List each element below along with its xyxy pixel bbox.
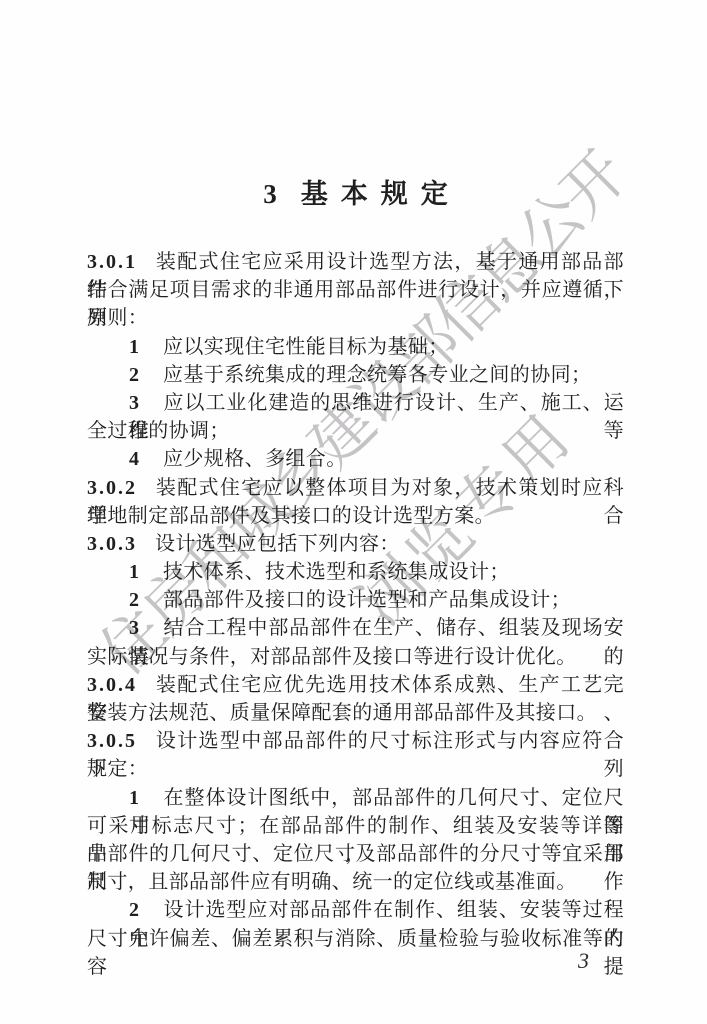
- clause-number: 3.0.2: [87, 477, 137, 499]
- chapter-title-text: 基本规定: [301, 179, 461, 209]
- line-text: 尺寸，且部品部件应有明确、统一的定位线或基准面。: [87, 871, 577, 893]
- clause-number: 3.0.4: [87, 674, 137, 696]
- page-number: 3: [578, 948, 589, 974]
- item-line: 2设计选型应对部品部件在制作、组装、安装等过程中的: [87, 896, 624, 924]
- item-number: 2: [129, 589, 141, 611]
- item-line: 3结合工程中部品部件在生产、储存、组装及现场安装的: [87, 614, 624, 642]
- text-line: 尺寸，且部品部件应有明确、统一的定位线或基准面。: [87, 868, 624, 896]
- line-text: 应少规格、多组合。: [163, 448, 347, 470]
- line-text: 尺寸允许偏差、偏差累积与消除、质量检验与验收标准等内容提: [87, 928, 624, 978]
- text-line: 可采用标志尺寸；在部品部件的制作、组装及安装等详图中，部: [87, 812, 624, 840]
- line-text: 原则：: [87, 307, 148, 329]
- clause-line: 3.0.3设计选型应包括下列内容：: [87, 530, 624, 558]
- item-number: 4: [129, 448, 141, 470]
- item-number: 1: [129, 561, 141, 583]
- item-number: 2: [129, 899, 141, 921]
- document-lines: 3.0.1装配式住宅应采用设计选型方法，基于通用部品部件，结合满足项目需求的非通…: [87, 248, 624, 953]
- document-page: 住房和城乡建设部信息公开浏览专用 3基本规定 3.0.1装配式住宅应采用设计选型…: [0, 0, 707, 1024]
- item-line: 2应基于系统集成的理念统筹各专业之间的协同；: [87, 361, 624, 389]
- item-number: 1: [129, 336, 141, 358]
- text-line: 品部件的几何尺寸、定位尺寸及部品部件的分尺寸等宜采用制作: [87, 840, 624, 868]
- text-line: 结合满足项目需求的非通用部品部件进行设计，并应遵循下列: [87, 276, 624, 304]
- line-text: 设计选型应包括下列内容：: [155, 533, 400, 555]
- line-text: 应以实现住宅性能目标为基础；: [163, 336, 449, 358]
- item-number: 1: [129, 787, 141, 809]
- item-line: 1在整体设计图纸中，部品部件的几何尺寸、定位尺寸等: [87, 784, 624, 812]
- line-text: 规定：: [87, 758, 148, 780]
- clause-number: 3.0.1: [87, 251, 137, 273]
- text-line: 原则：: [87, 304, 624, 332]
- clause-number: 3.0.3: [87, 533, 137, 555]
- clause-number: 3.0.5: [87, 730, 137, 752]
- line-text: 设计选型中部品部件的尺寸标注形式与内容应符合下列: [87, 730, 624, 780]
- line-text: 应基于系统集成的理念统筹各专业之间的协同；: [163, 364, 591, 386]
- text-line: 安装方法规范、质量保障配套的通用部品部件及其接口。: [87, 699, 624, 727]
- item-line: 2部品部件及接口的设计选型和产品集成设计；: [87, 586, 624, 614]
- line-text: 理地制定部品部件及其接口的设计选型方案。: [87, 505, 495, 527]
- item-line: 1技术体系、技术选型和系统集成设计；: [87, 558, 624, 586]
- line-text: 全过程的协调；: [87, 420, 230, 442]
- clause-line: 3.0.1装配式住宅应采用设计选型方法，基于通用部品部件，: [87, 248, 624, 276]
- line-text: 实际情况与条件，对部品部件及接口等进行设计优化。: [87, 646, 577, 668]
- item-number: 3: [129, 617, 141, 639]
- document-body: 3.0.1装配式住宅应采用设计选型方法，基于通用部品部件，结合满足项目需求的非通…: [87, 248, 624, 953]
- chapter-title: 3基本规定: [87, 172, 624, 211]
- line-text: 技术体系、技术选型和系统集成设计；: [163, 561, 510, 583]
- item-line: 3应以工业化建造的思维进行设计、生产、施工、运维等: [87, 389, 624, 417]
- text-line: 实际情况与条件，对部品部件及接口等进行设计优化。: [87, 643, 624, 671]
- item-line: 1应以实现住宅性能目标为基础；: [87, 333, 624, 361]
- clause-line: 3.0.2装配式住宅应以整体项目为对象，技术策划时应科学合: [87, 474, 624, 502]
- line-text: 部品部件及接口的设计选型和产品集成设计；: [163, 589, 571, 611]
- item-line: 4应少规格、多组合。: [87, 445, 624, 473]
- chapter-number: 3: [263, 179, 277, 209]
- item-number: 3: [129, 392, 141, 414]
- item-number: 2: [129, 364, 141, 386]
- clause-line: 3.0.4装配式住宅应优先选用技术体系成熟、生产工艺完整、: [87, 671, 624, 699]
- clause-line: 3.0.5设计选型中部品部件的尺寸标注形式与内容应符合下列: [87, 727, 624, 755]
- line-text: 安装方法规范、质量保障配套的通用部品部件及其接口。: [87, 702, 597, 724]
- text-line: 尺寸允许偏差、偏差累积与消除、质量检验与验收标准等内容提: [87, 925, 624, 953]
